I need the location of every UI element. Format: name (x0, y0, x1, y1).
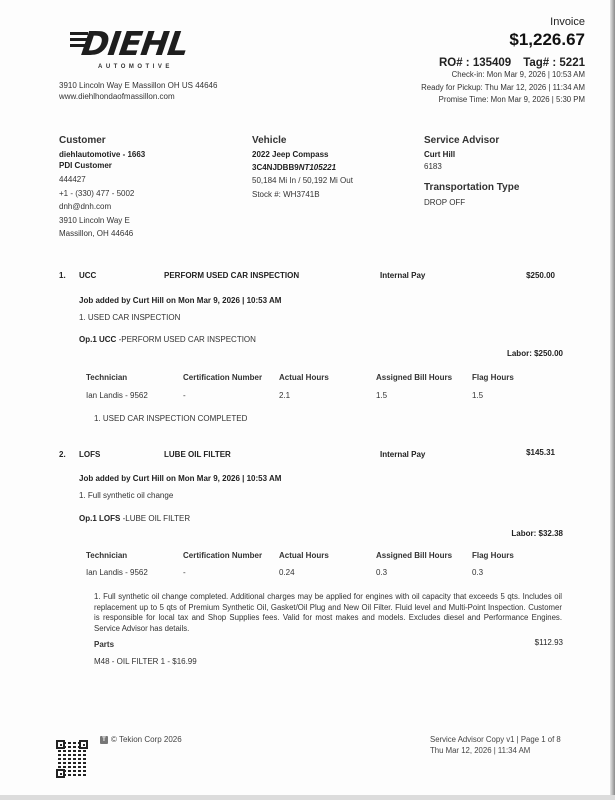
dealer-address: 3910 Lincoln Way E Massillon OH US 44646 (59, 80, 217, 91)
op-line: Op.1 LOFS -LUBE OIL FILTER (79, 514, 190, 523)
tech-certification: - (183, 391, 186, 400)
tag-number: Tag# : 5221 (523, 57, 585, 69)
tech-flag-hours: 0.3 (472, 568, 483, 577)
vehicle-mileage: 50,184 Mi In / 50,192 Mi Out (252, 176, 362, 186)
copy-page-info: Service Advisor Copy v1 | Page 1 of 8 (430, 735, 561, 746)
footer-info: Service Advisor Copy v1 | Page 1 of 8 Th… (430, 735, 561, 756)
printed-date: Thu Mar 12, 2026 | 11:34 AM (430, 746, 561, 757)
tech-header-certification: Certification Number (183, 373, 262, 382)
dealer-logo: DIEHL AUTOMOTIVE (70, 24, 190, 72)
tech-note: 1. Full synthetic oil change completed. … (94, 592, 562, 634)
vehicle-block: Vehicle 2022 Jeep Compass 3C4NJDBB9NT105… (252, 135, 362, 202)
vin-suffix: NT105221 (299, 163, 336, 172)
customer-city: Massillon, OH 44646 (59, 227, 219, 241)
customer-type: PDI Customer (59, 160, 219, 171)
tech-assigned-bill-hours: 0.3 (376, 568, 387, 577)
op-description: -LUBE OIL FILTER (123, 514, 191, 523)
service-advisor-name: Curt Hill (424, 149, 584, 160)
job-code: LOFS (79, 450, 100, 459)
job-number: 2. (59, 450, 66, 459)
job-added-by: Job added by Curt Hill on Mon Mar 9, 202… (79, 474, 281, 483)
invoice-label: Invoice (421, 16, 585, 28)
ro-tag-line: RO# : 135409Tag# : 5221 (421, 57, 585, 69)
job-line: 1. USED CAR INSPECTION (79, 313, 180, 322)
logo-subtext: AUTOMOTIVE (98, 64, 173, 70)
vehicle-heading: Vehicle (252, 135, 362, 146)
op-label: Op.1 LOFS (79, 514, 120, 523)
job-code: UCC (79, 271, 96, 280)
job-line: 1. Full synthetic oil change (79, 491, 173, 500)
job-number: 1. (59, 271, 66, 280)
customer-email: dnh@dnh.com (59, 200, 219, 214)
customer-phone: +1 - (330) 477 - 5002 (59, 187, 219, 201)
labor-amount: Labor: $250.00 (507, 349, 563, 358)
tech-header-technician: Technician (86, 373, 127, 382)
tech-header-assigned-bill-hours: Assigned Bill Hours (376, 551, 452, 560)
technician-table: Technician Certification Number Actual H… (86, 551, 546, 581)
vehicle-model: 2022 Jeep Compass (252, 149, 362, 160)
service-advisor-block: Service Advisor Curt Hill 6183 Transport… (424, 135, 584, 209)
customer-block: Customer diehlautomotive - 1663 PDI Cust… (59, 135, 219, 241)
ro-number: RO# : 135409 (439, 57, 511, 69)
job-pay-type: Internal Pay (380, 271, 425, 280)
op-line: Op.1 UCC -PERFORM USED CAR INSPECTION (79, 335, 256, 344)
qr-finder (79, 740, 88, 749)
scan-edge (610, 0, 615, 800)
transportation-value: DROP OFF (424, 196, 584, 210)
page-fold (0, 795, 615, 800)
qr-code (56, 740, 88, 778)
invoice-total: $1,226.67 (421, 30, 585, 50)
tekion-logo-icon: T (100, 736, 108, 744)
invoice-header: Invoice $1,226.67 RO# : 135409Tag# : 522… (421, 16, 585, 107)
tech-actual-hours: 0.24 (279, 568, 295, 577)
tech-name: Ian Landis - 9562 (86, 568, 148, 577)
customer-street: 3910 Lincoln Way E (59, 214, 219, 228)
tech-certification: - (183, 568, 186, 577)
job-pay-type: Internal Pay (380, 450, 425, 459)
vin-prefix: 3C4NJDBB9 (252, 163, 299, 172)
tech-assigned-bill-hours: 1.5 (376, 391, 387, 400)
vehicle-vin: 3C4NJDBB9NT105221 (252, 162, 362, 173)
tech-header-flag-hours: Flag Hours (472, 551, 514, 560)
customer-name: diehlautomotive - 1663 (59, 149, 219, 160)
qr-finder (56, 769, 65, 778)
ready-for-pickup-time: Ready for Pickup: Thu Mar 12, 2026 | 11:… (421, 82, 585, 95)
tech-header-flag-hours: Flag Hours (472, 373, 514, 382)
logo-wordmark: DIEHL (79, 24, 190, 63)
labor-amount: Labor: $32.38 (511, 529, 563, 538)
job-amount: $145.31 (526, 448, 555, 457)
transportation-heading: Transportation Type (424, 182, 584, 193)
tech-name: Ian Landis - 9562 (86, 391, 148, 400)
customer-heading: Customer (59, 135, 219, 146)
op-label: Op.1 UCC (79, 335, 116, 344)
tekion-credit: T © Tekion Corp 2026 (100, 735, 182, 744)
job-description: LUBE OIL FILTER (164, 450, 231, 459)
tech-header-actual-hours: Actual Hours (279, 551, 329, 560)
tech-flag-hours: 1.5 (472, 391, 483, 400)
dealer-website: www.diehlhondaofmassillon.com (59, 91, 217, 102)
tech-actual-hours: 2.1 (279, 391, 290, 400)
promise-time: Promise Time: Mon Mar 9, 2026 | 5:30 PM (421, 94, 585, 107)
tech-header-technician: Technician (86, 551, 127, 560)
tech-header-certification: Certification Number (183, 551, 262, 560)
service-advisor-heading: Service Advisor (424, 135, 584, 146)
customer-id: 444427 (59, 173, 219, 187)
check-in-time: Check-in: Mon Mar 9, 2026 | 10:53 AM (421, 69, 585, 82)
copyright-text: © Tekion Corp 2026 (111, 735, 182, 744)
parts-item: M48 - OIL FILTER 1 - $16.99 (94, 657, 197, 666)
tech-header-assigned-bill-hours: Assigned Bill Hours (376, 373, 452, 382)
dealer-contact: 3910 Lincoln Way E Massillon OH US 44646… (59, 80, 217, 102)
parts-total: $112.93 (535, 638, 563, 647)
technician-table: Technician Certification Number Actual H… (86, 373, 546, 403)
job-description: PERFORM USED CAR INSPECTION (164, 271, 299, 280)
tech-note: 1. USED CAR INSPECTION COMPLETED (94, 414, 247, 423)
tech-header-actual-hours: Actual Hours (279, 373, 329, 382)
parts-heading: Parts (94, 640, 114, 649)
service-advisor-id: 6183 (424, 160, 584, 174)
vehicle-stock: Stock #: WH3741B (252, 188, 362, 202)
op-description: -PERFORM USED CAR INSPECTION (119, 335, 256, 344)
job-amount: $250.00 (526, 271, 555, 280)
qr-finder (56, 740, 65, 749)
job-added-by: Job added by Curt Hill on Mon Mar 9, 202… (79, 296, 281, 305)
